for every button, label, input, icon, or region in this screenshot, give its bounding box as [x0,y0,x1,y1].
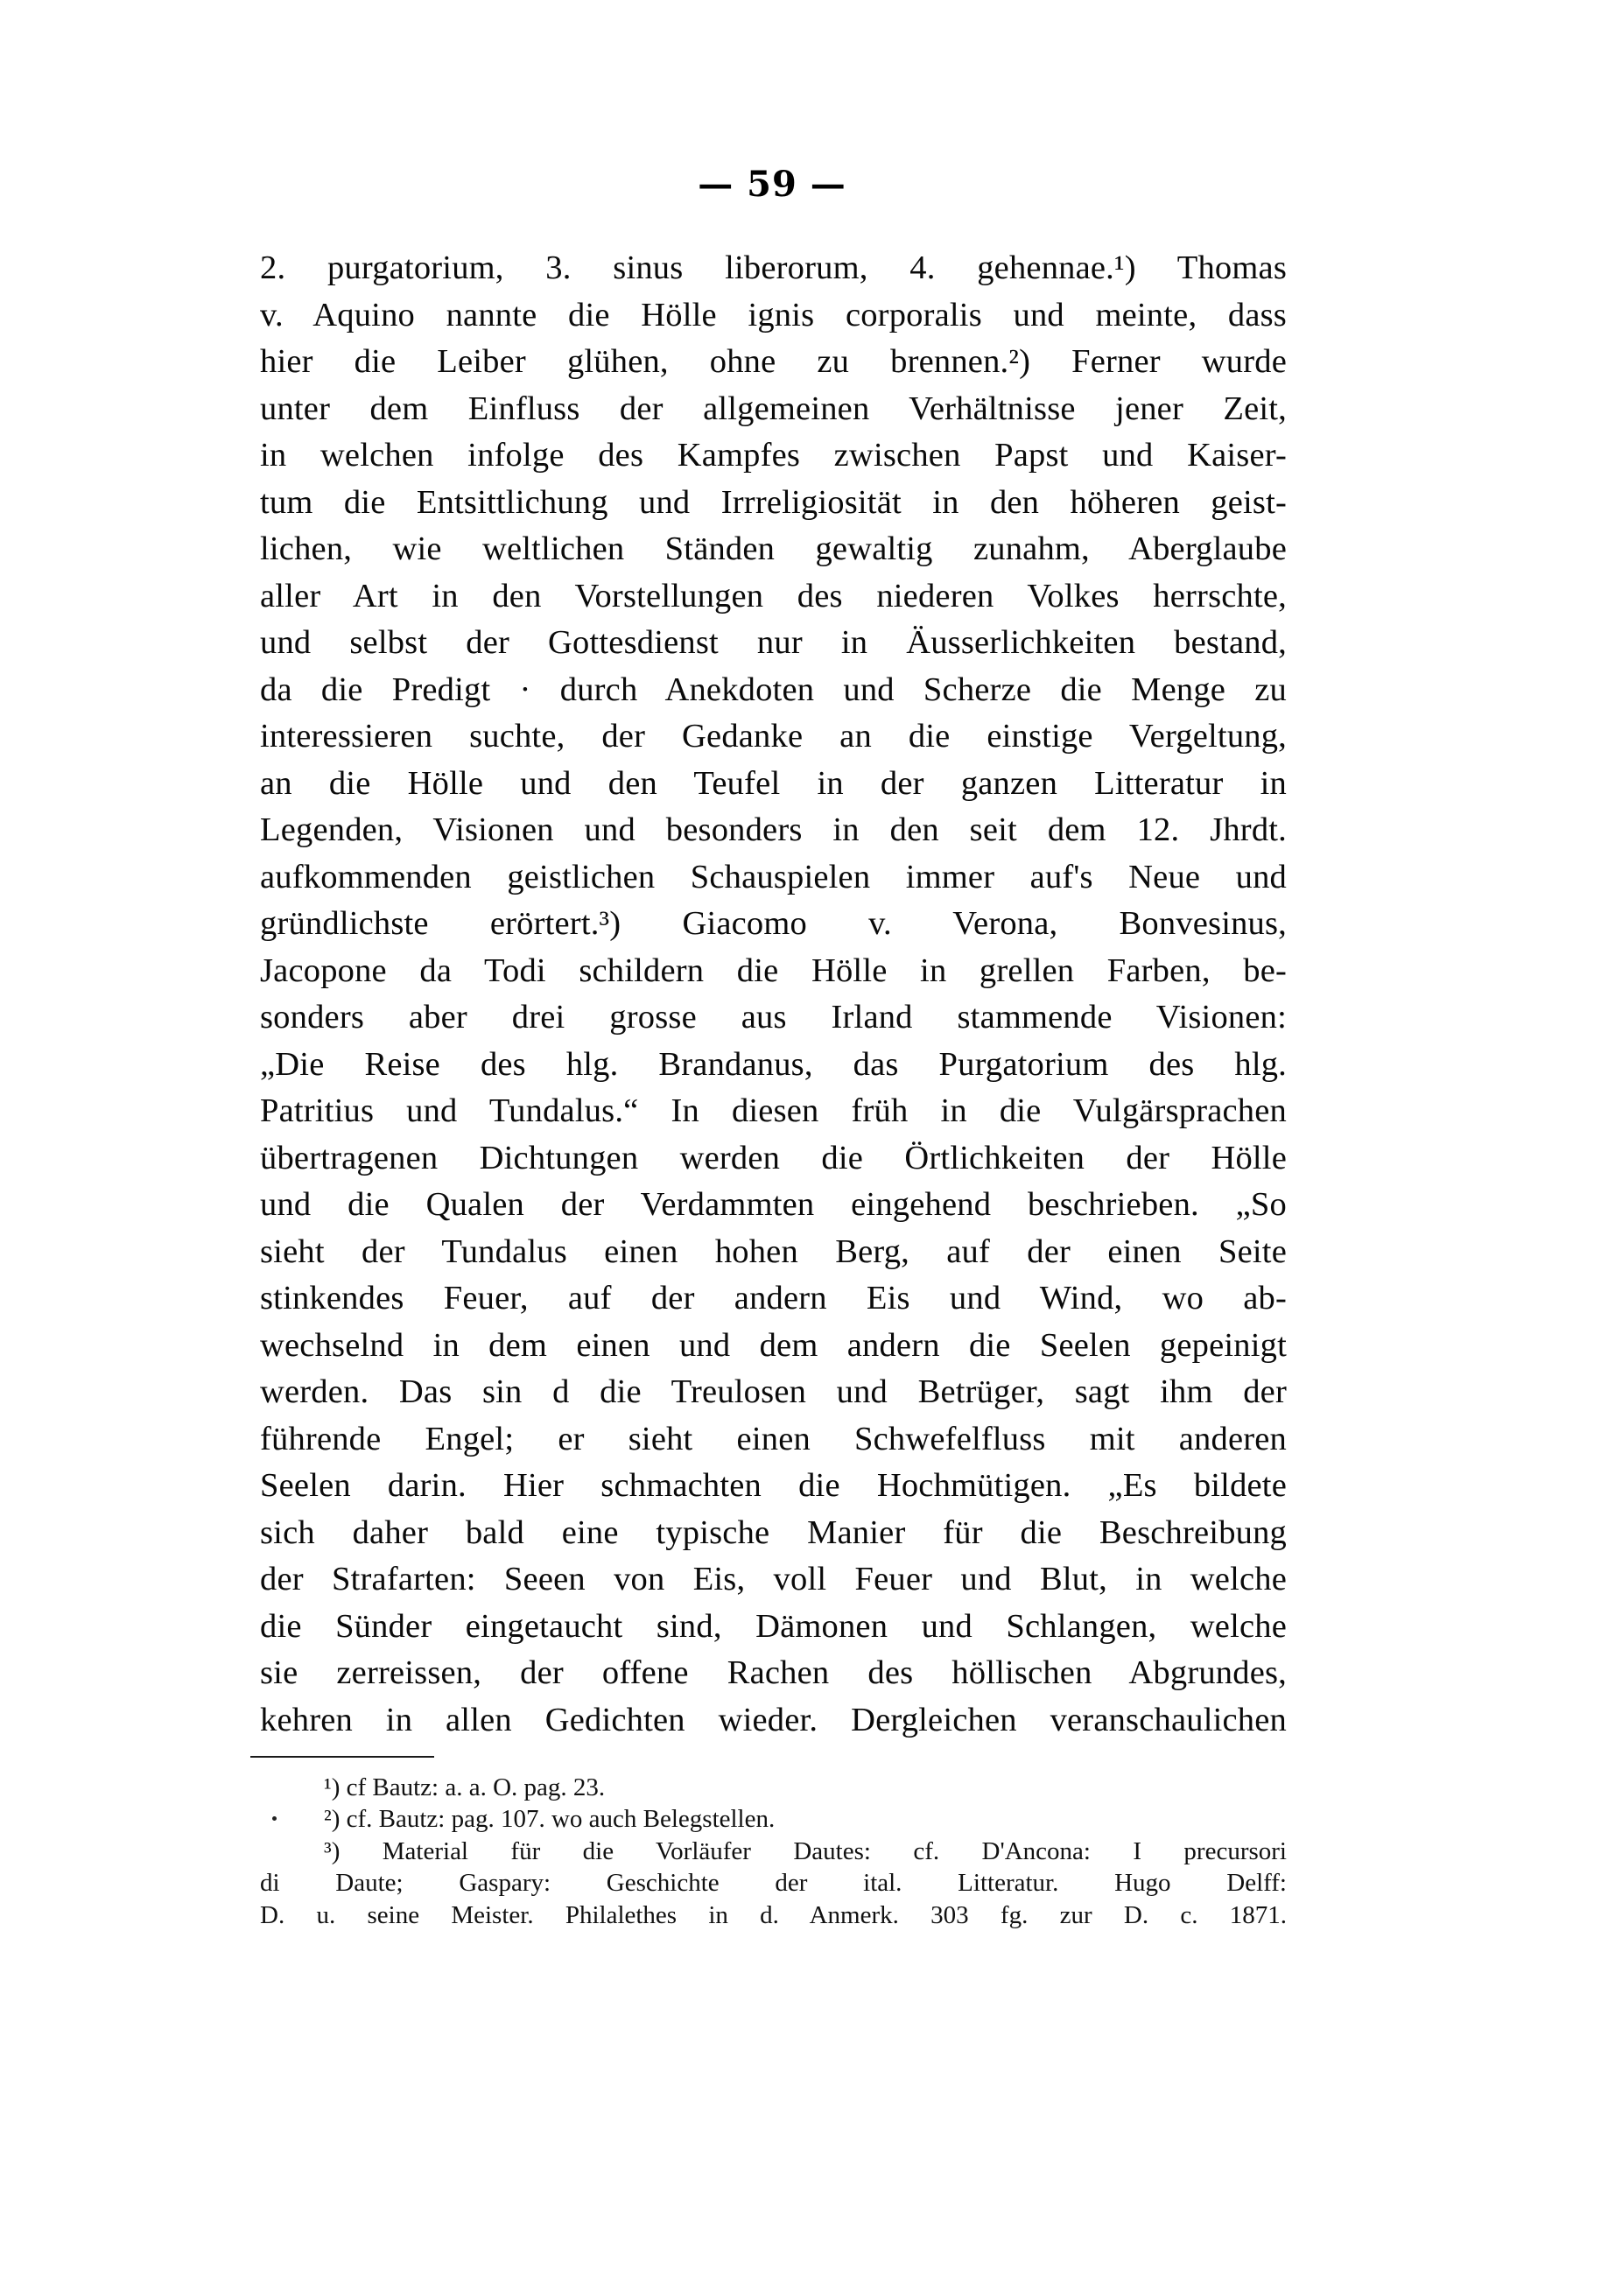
text-line: unter dem Einfluss der allgemeinen Verhä… [260,387,1287,431]
text-line: 2. purgatorium, 3. sinus liberorum, 4. g… [260,246,1287,290]
text-line: in welchen infolge des Kampfes zwischen … [260,433,1287,477]
footnote-text: cf Bautz: a. a. O. pag. 23. [347,1773,606,1801]
text-line: lichen, wie weltlichen Ständen gewaltig … [260,527,1287,571]
text-line: kehren in allen Gedichten wieder. Dergle… [260,1698,1287,1742]
text-line: die Sünder eingetaucht sind, Dämonen und… [260,1604,1287,1648]
text-line: v. Aquino nannte die Hölle ignis corpora… [260,293,1287,337]
text-line: sieht der Tundalus einen hohen Berg, auf… [260,1230,1287,1274]
footnote-3-continuation: di Daute; Gaspary: Geschichte der ital. … [260,1867,1287,1899]
text-line: da die Predigt · durch Anekdoten und Sch… [260,668,1287,712]
text-line: tum die Entsittlichung und Irrreligiosit… [260,481,1287,524]
footnote-marker: ²) [324,1805,340,1833]
text-line: Jacopone da Todi schildern die Hölle in … [260,949,1287,993]
footnote-2: ²) cf. Bautz: pag. 107. wo auch Belegste… [324,1803,1287,1835]
text-line: sonders aber drei grosse aus Irland stam… [260,995,1287,1039]
text-line: aufkommenden geistlichen Schauspielen im… [260,855,1287,899]
text-line: sie zerreissen, der offene Rachen des hö… [260,1651,1287,1695]
footnote-marker: ¹) [324,1773,340,1801]
text-line: Seelen darin. Hier schmachten die Hochmü… [260,1464,1287,1507]
text-line: aller Art in den Vorstellungen des niede… [260,574,1287,618]
text-line: sich daher bald eine typische Manier für… [260,1511,1287,1555]
print-speck [272,1816,277,1821]
text-line: und die Qualen der Verdammten eingehend … [260,1183,1287,1226]
footnote-3: ³) Material für die Vorläufer Dautes: cf… [324,1836,1287,1867]
text-line: interessieren suchte, der Gedanke an die… [260,714,1287,758]
footnote-3-continuation: D. u. seine Meister. Philalethes in d. A… [260,1899,1287,1931]
text-line: stinkendes Feuer, auf der andern Eis und… [260,1276,1287,1320]
text-line: übertragenen Dichtungen werden die Örtli… [260,1136,1287,1180]
footnote-text: cf. Bautz: pag. 107. wo auch Belegstelle… [347,1805,776,1833]
text-line: Legenden, Visionen und besonders in den … [260,808,1287,852]
text-line: und selbst der Gottesdienst nur in Äusse… [260,621,1287,664]
text-line: führende Engel; er sieht einen Schwefelf… [260,1417,1287,1461]
text-line: an die Hölle und den Teufel in der ganze… [260,762,1287,805]
text-line: gründlichste erörtert.³) Giacomo v. Vero… [260,902,1287,945]
footnote-separator-rule [250,1756,434,1758]
page-number: — 59 — [665,165,879,205]
text-line: werden. Das sin d die Treulosen und Betr… [260,1370,1287,1414]
text-line: Patritius und Tundalus.“ In diesen früh … [260,1089,1287,1133]
footnote-1: ¹) cf Bautz: a. a. O. pag. 23. [324,1772,1287,1803]
book-page: — 59 — 2. purgatorium, 3. sinus liberoru… [0,0,1608,2296]
text-line: der Strafarten: Seeen von Eis, voll Feue… [260,1557,1287,1601]
text-line: hier die Leiber glühen, ohne zu brennen.… [260,340,1287,383]
text-line: „Die Reise des hlg. Brandanus, das Purga… [260,1043,1287,1086]
text-line: wechselnd in dem einen und dem andern di… [260,1324,1287,1367]
